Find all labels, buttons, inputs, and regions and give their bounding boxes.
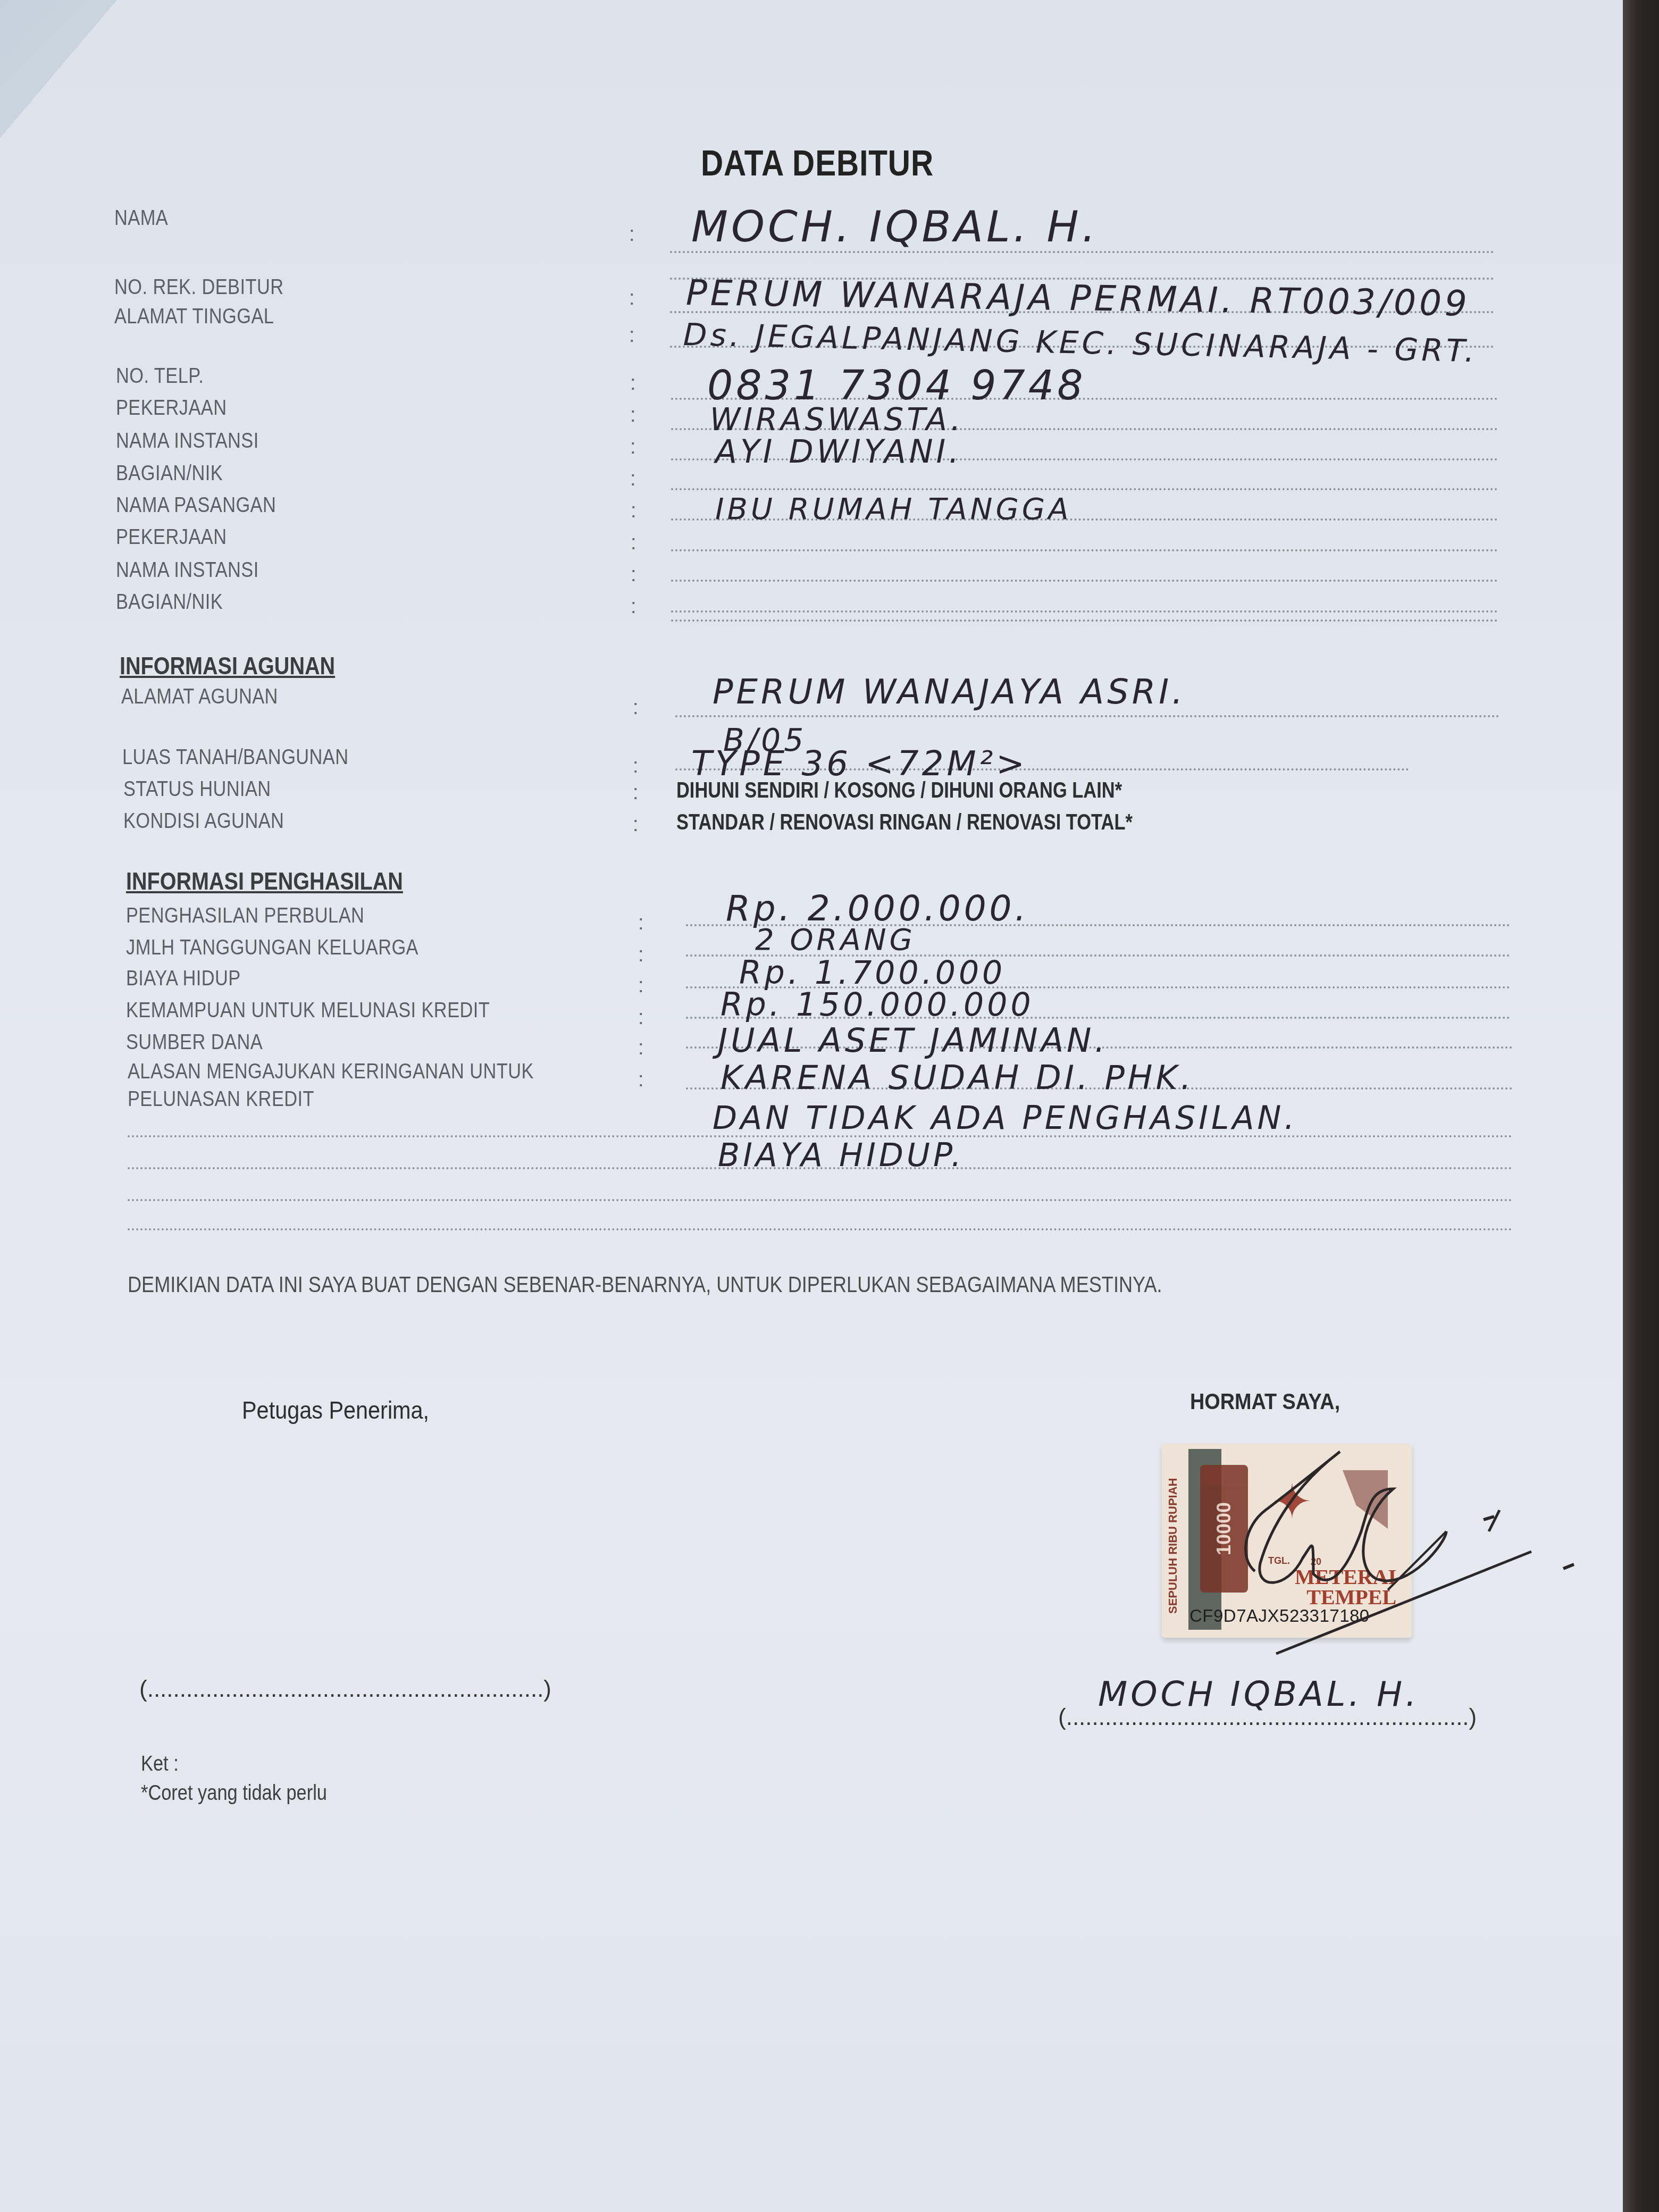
- value-alasan-line3: BIAYA HIDUP.: [718, 1137, 965, 1174]
- label-kemampuan: KEMAMPUAN UNTUK MELUNASI KREDIT: [126, 999, 490, 1023]
- colon: :: [633, 697, 639, 719]
- respectfully-label: HORMAT SAYA,: [1190, 1389, 1340, 1414]
- fill-line: [671, 488, 1498, 490]
- value-alasan-line2: DAN TIDAK ADA PENGHASILAN.: [713, 1100, 1297, 1137]
- fill-line: [128, 1228, 1513, 1230]
- colon: :: [630, 404, 636, 427]
- colon: :: [633, 814, 639, 836]
- garuda-emblem-icon: ✦: [1263, 1470, 1321, 1534]
- label-alasan-line1: ALASAN MENGAJUKAN KERINGANAN UNTUK: [128, 1060, 534, 1084]
- colon: :: [638, 944, 644, 967]
- value-kemampuan: Rp. 150.000.000: [720, 986, 1034, 1024]
- label-nama-instansi: NAMA INSTANSI: [116, 429, 259, 453]
- colon: :: [631, 564, 636, 586]
- value-alamat-agunan: PERUM WANAJAYA ASRI.: [713, 673, 1186, 712]
- stamp-title: METERAI TEMPEL: [1295, 1567, 1396, 1607]
- debtor-printed-name: MOCH IQBAL. H.: [1098, 1675, 1420, 1714]
- label-sumber-dana: SUMBER DANA: [126, 1030, 263, 1054]
- notes-text: *Coret yang tidak perlu: [141, 1781, 327, 1805]
- label-bagian-nik: BAGIAN/NIK: [116, 462, 223, 485]
- stamp-side-text: SEPULUH RIBU RUPIAH: [1166, 1478, 1180, 1614]
- notes-heading: Ket :: [141, 1752, 179, 1776]
- label-status-hunian: STATUS HUNIAN: [123, 777, 271, 801]
- label-nama-pasangan: NAMA PASANGAN: [116, 493, 276, 517]
- label-kondisi-agunan: KONDISI AGUNAN: [123, 809, 284, 833]
- declaration-statement: DEMIKIAN DATA INI SAYA BUAT DENGAN SEBEN…: [128, 1272, 1162, 1297]
- stamp-date-label: TGL.: [1268, 1555, 1290, 1566]
- value-nama-pasangan: IBU RUMAH TANGGA: [715, 492, 1072, 526]
- colon: :: [629, 324, 635, 347]
- label-luas: LUAS TANAH/BANGUNAN: [122, 745, 349, 769]
- label-penghasilan: PENGHASILAN PERBULAN: [126, 904, 364, 928]
- fill-line: [671, 580, 1498, 582]
- table-edge: [1623, 0, 1659, 2212]
- label-tanggungan: JMLH TANGGUNGAN KELUARGA: [126, 936, 418, 960]
- colon: :: [631, 532, 636, 555]
- colon: :: [633, 755, 639, 778]
- duty-stamp: SEPULUH RIBU RUPIAH 10000 ✦ TGL. 20 METE…: [1162, 1444, 1412, 1638]
- fill-line: [671, 549, 1498, 551]
- stamp-title-line1: METERAI: [1295, 1567, 1396, 1587]
- officer-signature-line: (.......................................…: [139, 1676, 551, 1703]
- colon: :: [638, 1069, 644, 1092]
- stamp-value: 10000: [1200, 1465, 1248, 1593]
- colon: :: [630, 436, 636, 459]
- ornament-icon: [1343, 1470, 1388, 1529]
- value-sumber-dana: JUAL ASET JAMINAN.: [718, 1021, 1108, 1060]
- colon: :: [629, 287, 635, 310]
- label-instansi-pasangan: NAMA INSTANSI: [116, 558, 259, 582]
- label-pekerjaan: PEKERJAAN: [116, 396, 227, 420]
- label-alasan-line2: PELUNASAN KREDIT: [128, 1087, 314, 1111]
- value-nama-instansi: AYI DWIYANI.: [715, 433, 962, 471]
- stamp-title-line2: TEMPEL: [1295, 1587, 1396, 1607]
- label-bagian-nik-pasangan: BAGIAN/NIK: [116, 590, 223, 614]
- fill-line: [671, 610, 1498, 613]
- section-income-heading: INFORMASI PENGHASILAN: [126, 867, 403, 895]
- colon: :: [630, 468, 636, 491]
- label-pekerjaan-pasangan: PEKERJAAN: [116, 525, 227, 549]
- label-alamat-agunan: ALAMAT AGUNAN: [121, 685, 278, 709]
- colon: :: [638, 1007, 644, 1029]
- document-title: DATA DEBITUR: [701, 143, 934, 184]
- officer-label: Petugas Penerima,: [242, 1396, 429, 1425]
- stamp-serial: CF9D7AJX523317180: [1189, 1606, 1370, 1626]
- label-alamat: ALAMAT TINGGAL: [114, 305, 274, 329]
- label-nama: NAMA: [114, 206, 168, 230]
- colon: :: [633, 782, 639, 805]
- status-hunian-options: DIHUNI SENDIRI / KOSONG / DIHUNI ORANG L…: [676, 777, 1122, 803]
- value-tanggungan: 2 ORANG: [755, 923, 916, 957]
- label-no-rek: NO. REK. DEBITUR: [114, 275, 283, 299]
- kondisi-agunan-options: STANDAR / RENOVASI RINGAN / RENOVASI TOT…: [676, 809, 1133, 835]
- colon: :: [638, 912, 644, 935]
- fill-line: [671, 619, 1498, 622]
- fill-line: [675, 715, 1499, 717]
- colon: :: [638, 975, 644, 998]
- colon: :: [629, 223, 635, 246]
- colon: :: [631, 500, 636, 523]
- label-no-telp: NO. TELP.: [116, 364, 204, 388]
- value-pekerjaan: WIRASWASTA.: [710, 401, 964, 438]
- value-nama: MOCH. IQBAL. H.: [691, 202, 1099, 252]
- label-biaya-hidup: BIAYA HIDUP: [126, 967, 241, 991]
- section-collateral-heading: INFORMASI AGUNAN: [120, 651, 335, 680]
- value-alasan-line1: KARENA SUDAH DI. PHK.: [720, 1058, 1194, 1097]
- colon: :: [630, 372, 636, 395]
- colon: :: [638, 1037, 644, 1060]
- colon: :: [631, 596, 636, 618]
- fill-line: [128, 1199, 1513, 1201]
